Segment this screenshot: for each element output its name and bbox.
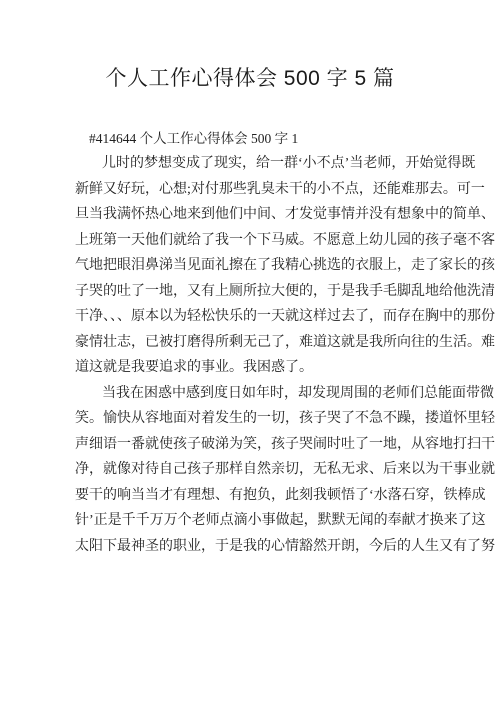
paragraph-line: 太阳下最神圣的职业，于是我的心情豁然开朗，今后的人生又有了努 xyxy=(75,534,433,560)
paragraph-line: 笑。愉快从容地面对着发生的一切，孩子哭了不急不躁，搂道怀里轻 xyxy=(75,406,433,432)
paragraph-line: 儿时的梦想变成了现实，给一群‘小不点’当老师，开始觉得既 xyxy=(75,151,433,177)
paragraph-line: 豪情壮志，已被打磨得所剩无己了，难道这就是我所向往的生活。难 xyxy=(75,330,433,356)
paragraph-line: 要干的响当当才有理想、有抱负，此刻我顿悟了‘水落石穿，铁棒成 xyxy=(75,483,433,509)
document-body: #414644 个人工作心得体会 500 字 1 儿时的梦想变成了现实，给一群‘… xyxy=(75,126,433,559)
paragraph-line: 上班第一天他们就给了我一个下马威。不愿意上幼儿园的孩子毫不客 xyxy=(75,228,433,254)
paragraph-line: 当我在困惑中感到度日如年时，却发现周围的老师们总能面带微 xyxy=(75,381,433,407)
paragraph-line: 声细语一番就使孩子破涕为笑，孩子哭闹时吐了一地，从容地打扫干 xyxy=(75,432,433,458)
paragraph-line: 干净、、、原本以为轻松快乐的一天就这样过去了，而存在胸中的那份 xyxy=(75,304,433,330)
paragraph-line: 子哭的吐了一地，又有上厕所拉大便的，于是我手毛脚乱地给他洗清 xyxy=(75,279,433,305)
section-heading: #414644 个人工作心得体会 500 字 1 xyxy=(75,126,433,151)
paragraph-line: 道这就是我要追求的事业。我困惑了。 xyxy=(75,355,433,381)
paragraph-line: 新鲜又好玩，心想;对付那些乳臭未干的小不点，还能难那去。可一 xyxy=(75,177,433,203)
paragraph-2: 当我在困惑中感到度日如年时，却发现周围的老师们总能面带微 笑。愉快从容地面对着发… xyxy=(75,381,433,560)
document-title: 个人工作心得体会 500 字 5 篇 xyxy=(0,62,500,92)
paragraph-line: 旦当我满怀热心地来到他们中间、才发觉事情并没有想象中的简单、 xyxy=(75,202,433,228)
paragraph-line: 针’正是千千万万个老师点滴小事做起，默默无闻的奉献才换来了这 xyxy=(75,508,433,534)
paragraph-1: 儿时的梦想变成了现实，给一群‘小不点’当老师，开始觉得既 新鲜又好玩，心想;对付… xyxy=(75,151,433,381)
paragraph-line: 净，就像对待自己孩子那样自然亲切，无私无求、后来以为干事业就 xyxy=(75,457,433,483)
document-page: 个人工作心得体会 500 字 5 篇 #414644 个人工作心得体会 500 … xyxy=(0,0,500,707)
paragraph-line: 气地把眼泪鼻涕当见面礼擦在了我精心挑选的衣服上，走了家长的孩 xyxy=(75,253,433,279)
